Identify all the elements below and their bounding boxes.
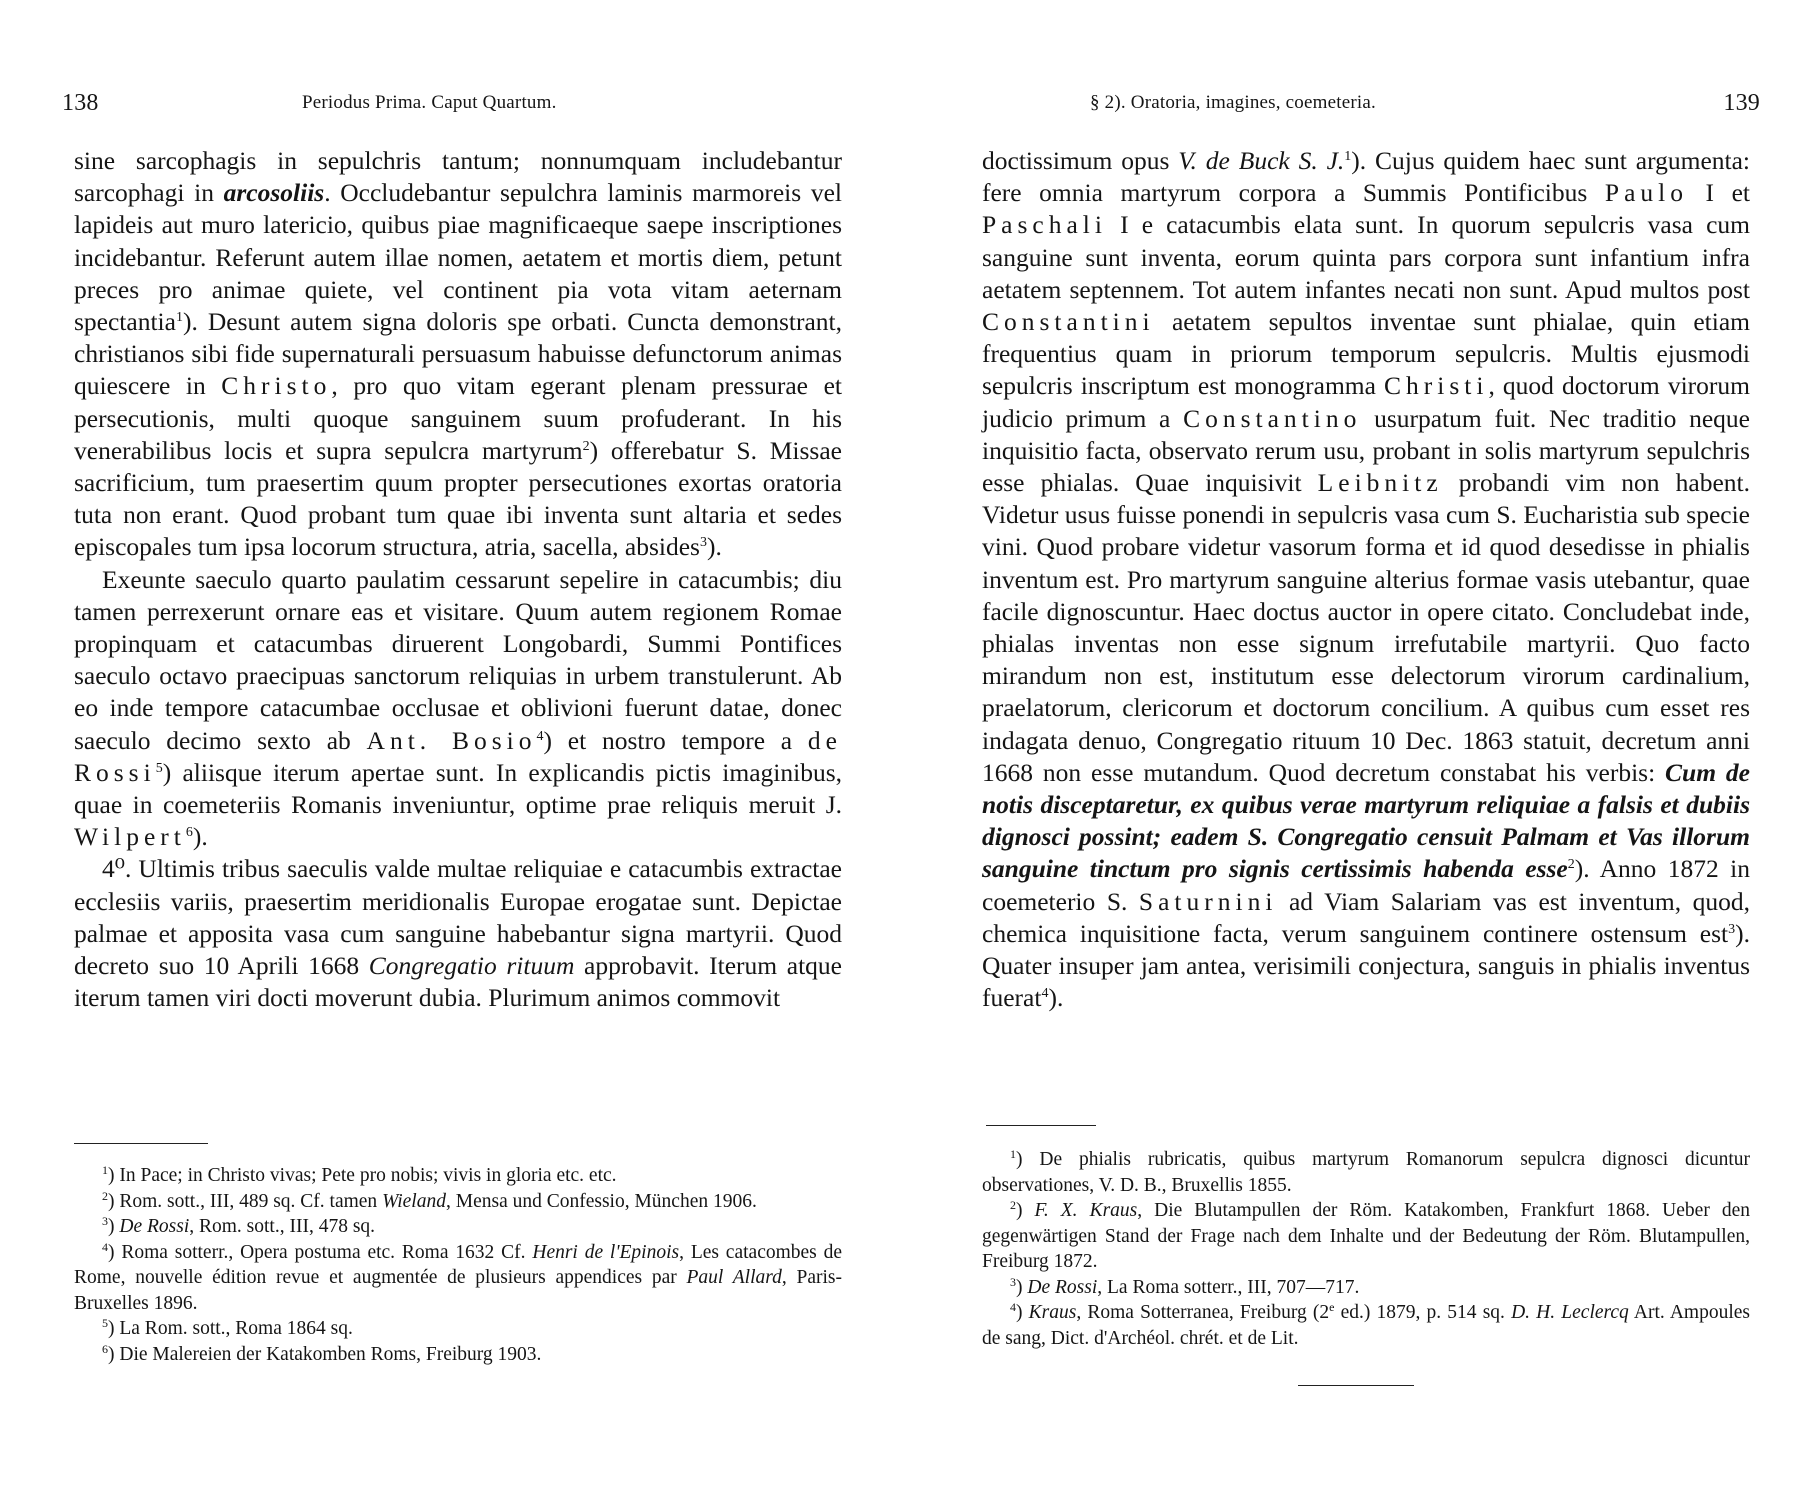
footnote-text: ) In Pace; in Christo vivas; Pete pro no… [108, 1165, 617, 1186]
left-page: 138 Periodus Prima. Caput Quartum. sine … [0, 0, 909, 1501]
footnote: 2) Rom. sott., III, 489 sq. Cf. tamen Wi… [74, 1189, 842, 1215]
spaced-name: Leibnitz [1318, 468, 1443, 497]
footnote: 1) In Pace; in Christo vivas; Pete pro n… [74, 1163, 842, 1189]
text-run: ) et nostro tempore a [543, 726, 807, 755]
footnote: 4) Kraus, Roma Sotterranea, Freiburg (2e… [982, 1300, 1750, 1351]
right-page: § 2). Oratoria, imagines, coemeteria. 13… [909, 0, 1818, 1501]
footnote-author: F. X. Kraus [1035, 1200, 1138, 1221]
body-text-left: sine sarcophagis in sepulchris tantum; n… [74, 145, 842, 1014]
spaced-name: Paschali [982, 210, 1107, 239]
text-run: doctissimum opus [982, 146, 1178, 175]
spaced-name: Saturnini [1139, 887, 1278, 916]
spaced-name: Christi [1384, 371, 1488, 400]
footnote: 6) Die Malereien der Katakomben Roms, Fr… [74, 1342, 842, 1368]
footnote-ref[interactable]: 6 [186, 825, 193, 840]
footnote-ref[interactable]: 3 [700, 535, 707, 550]
spaced-name: Christo [221, 371, 331, 400]
text-run: I et [1688, 178, 1750, 207]
spaced-name: Ant. Bosio [367, 726, 537, 755]
text-run: ). [1048, 983, 1063, 1012]
footnote-author: Kraus [1029, 1302, 1077, 1323]
spaced-name: Constantini [982, 307, 1155, 336]
paragraph: 4⁰. Ultimis tribus saeculis valde multae… [74, 853, 842, 1014]
page-number-left: 138 [62, 88, 99, 118]
footnote-text: ) [1016, 1277, 1027, 1298]
footnote-text: , La Roma sotterr., III, 707—717. [1097, 1277, 1359, 1298]
footnote: 3) De Rossi, Rom. sott., III, 478 sq. [74, 1214, 842, 1240]
text-run: ). [193, 822, 208, 851]
italic-author: V. de Buck S. J. [1178, 146, 1344, 175]
footnote-text: ) De phialis rubricatis, quibus martyrum… [982, 1149, 1750, 1196]
running-head-left: 138 Periodus Prima. Caput Quartum. [62, 88, 852, 118]
body-text-right: doctissimum opus V. de Buck S. J.1). Cuj… [982, 145, 1750, 1014]
footnote-divider [986, 1125, 1096, 1126]
footnote-text: , Rom. sott., III, 478 sq. [189, 1216, 375, 1237]
footnote-text: ) Rom. sott., III, 489 sq. Cf. tamen [108, 1191, 382, 1212]
footnote-text: ed.) 1879, p. 514 sq. [1334, 1302, 1511, 1323]
footnote-text: ) La Rom. sott., Roma 1864 sq. [108, 1318, 353, 1339]
section-number: 4⁰. [102, 854, 131, 883]
footnote-ref[interactable]: 2 [583, 439, 590, 454]
footnote: 2) F. X. Kraus, Die Blutampullen der Röm… [982, 1198, 1750, 1275]
footnote-author: De Rossi [119, 1216, 189, 1237]
footnote-ref[interactable]: 2 [1568, 857, 1575, 872]
text-run: ) aliisque iterum apertae sunt. In expli… [74, 758, 842, 819]
footnote-author: De Rossi [1027, 1277, 1097, 1298]
spaced-name: Constantino [1183, 404, 1361, 433]
footnote: 5) La Rom. sott., Roma 1864 sq. [74, 1316, 842, 1342]
paragraph: Exeunte saeculo quarto paulatim cessarun… [74, 564, 842, 854]
footnote-ref[interactable]: 5 [156, 761, 163, 776]
chapter-end-rule [1298, 1385, 1414, 1386]
footnote: 4) Roma sotterr., Opera postuma etc. Rom… [74, 1240, 842, 1317]
footnote-text: ) [1016, 1200, 1035, 1221]
running-head-right: § 2). Oratoria, imagines, coemeteria. 13… [970, 88, 1760, 118]
running-head-title-right: § 2). Oratoria, imagines, coemeteria. [1090, 88, 1376, 118]
paragraph: sine sarcophagis in sepulchris tantum; n… [74, 145, 842, 564]
footnote-divider [74, 1143, 208, 1144]
footnote-author: D. H. Leclercq [1511, 1302, 1629, 1323]
spaced-name: Paulo [1605, 178, 1688, 207]
footnote-author: Wieland [382, 1191, 446, 1212]
paragraph: doctissimum opus V. de Buck S. J.1). Cuj… [982, 145, 1750, 1014]
footnote-text: ) [108, 1216, 119, 1237]
footnote-author: Paul Allard [687, 1267, 782, 1288]
footnotes-left: 1) In Pace; in Christo vivas; Pete pro n… [74, 1163, 842, 1367]
footnote-text: ) Die Malereien der Katakomben Roms, Fre… [108, 1344, 541, 1365]
italic-term: Congregatio rituum [369, 951, 575, 980]
spaced-name: Wilpert [74, 822, 186, 851]
text-run: probandi vim non habent. Videtur usus fu… [982, 468, 1750, 787]
footnotes-right: 1) De phialis rubricatis, quibus martyru… [982, 1147, 1750, 1351]
text-run: ). [707, 532, 722, 561]
footnote-ref[interactable]: 1 [176, 310, 183, 325]
footnote-text: , Roma Sotterranea, Freiburg (2 [1076, 1302, 1329, 1323]
italic-term: arcosoliis [224, 178, 325, 207]
footnote: 1) De phialis rubricatis, quibus martyru… [982, 1147, 1750, 1198]
footnote-text: ) [1016, 1302, 1029, 1323]
page-number-right: 139 [1723, 88, 1760, 118]
footnote: 3) De Rossi, La Roma sotterr., III, 707—… [982, 1275, 1750, 1301]
footnote-author: Henri de l'Epinois [532, 1242, 679, 1263]
footnote-text: , Mensa und Confessio, München 1906. [446, 1191, 757, 1212]
running-head-title-left: Periodus Prima. Caput Quartum. [302, 88, 557, 118]
footnote-text: ) Roma sotterr., Opera postuma etc. Roma… [108, 1242, 532, 1263]
